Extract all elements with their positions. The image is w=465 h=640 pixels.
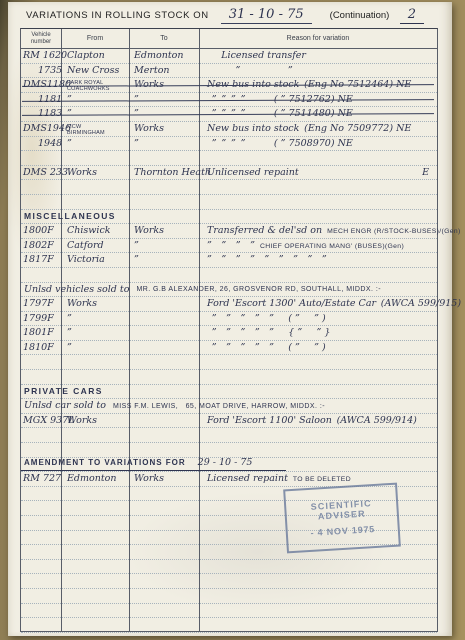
vehicle-number: 1735 — [23, 65, 62, 78]
vehicle-number-cell: 1800F — [21, 225, 61, 238]
note-lead: Unlsd vehicles sold to — [24, 284, 129, 297]
vehicle-number-cell: 1801F — [21, 327, 61, 340]
table-row: Unlsd vehicles sold toMR. G.B ALEXANDER,… — [21, 283, 437, 298]
table-row: 1802FCatford”” ” ” ”CHIEF OPERATING MANG… — [21, 239, 437, 254]
note-caps: MISS F.M. LEWIS, 65, MOAT DRIVE, HARROW,… — [113, 401, 325, 413]
ruled-line — [21, 560, 437, 575]
table-row: 1735New CrossMerton ” ” — [21, 64, 437, 79]
reason-text: Licensed repaint — [207, 473, 288, 486]
to-text: Merton — [134, 65, 170, 78]
reason-text: Unlicensed repaint — [207, 167, 299, 180]
to-text: Works — [134, 123, 164, 136]
table-row: AMENDMENT TO VARIATIONS FOR29 - 10 - 75 — [21, 458, 437, 473]
from-cell: Works — [61, 415, 129, 428]
reason-cell: ” ” ” ”CHIEF OPERATING MANG' (BUSES)(Gen… — [199, 240, 437, 253]
table-row: Unlsd car sold toMISS F.M. LEWIS, 65, MO… — [21, 399, 437, 414]
from-cell: Works — [61, 298, 129, 311]
to-text: ” — [134, 108, 139, 121]
ruled-line — [21, 370, 437, 385]
from-cell: ” — [61, 313, 129, 326]
to-cell: Works — [129, 225, 199, 238]
table-row: RM 1620ClaptonEdmonton Licensed transfer — [21, 49, 437, 64]
vehicle-number: 1183 — [23, 108, 62, 121]
from-cell: Victoria — [61, 254, 129, 267]
table-row: 1810F” ” ” ” ” ” ( ” ” ) — [21, 341, 437, 356]
to-text: Works — [134, 225, 164, 238]
from-text: Works — [67, 167, 97, 180]
reason-text: ” ” ” ” — [207, 240, 255, 253]
to-text: ” — [134, 138, 139, 151]
reason-cell: ” ” ” ” ” ( ” ” ) — [199, 313, 437, 326]
table-row: DMS1946MCWBIRMINGHAMWorksNew bus into st… — [21, 122, 437, 137]
reason-caps-text: MECH ENGR (R/STOCK-BUSES)/(Gen) — [327, 226, 460, 238]
continuation-label: (Continuation) — [330, 10, 390, 21]
table-row: 1801F” ” ” ” ” ” { ” ” } — [21, 326, 437, 341]
from-cell: Works — [61, 167, 129, 180]
section-heading-row: MISCELLANEOUS — [21, 210, 437, 225]
reason-cell: ” ” ” ” ” ( ” ” ) — [199, 342, 437, 355]
vehicle-number: 1948 — [23, 138, 62, 151]
from-text: ” — [67, 108, 72, 121]
reason-text: ” ” — [207, 65, 293, 78]
ruled-line — [21, 195, 437, 210]
vehicle-number-cell: DMS 233 — [21, 167, 61, 180]
to-cell: ” — [129, 254, 199, 267]
from-text: COACHWORKS — [67, 86, 110, 92]
header-date: 31 - 10 - 75 — [221, 7, 312, 24]
ruled-line — [21, 268, 437, 283]
amendment-heading: AMENDMENT TO VARIATIONS FOR29 - 10 - 75 — [21, 457, 286, 472]
vehicle-number-cell: 1181 — [21, 94, 61, 107]
reason-cell: Unlicensed repaintE — [199, 167, 437, 180]
ruled-line — [21, 180, 437, 195]
from-cell: Chiswick — [61, 225, 129, 238]
from-cell: PARK ROYALCOACHWORKS — [61, 80, 129, 92]
vehicle-number-cell: 1797F — [21, 298, 61, 311]
vehicle-number: 1810F — [23, 342, 54, 355]
vehicle-number-cell: 1735 — [21, 65, 61, 78]
ruled-line — [21, 574, 437, 589]
note-caps: MR. G.B ALEXANDER, 26, GROSVENOR RD, SOU… — [136, 284, 381, 296]
vehicle-number: RM 727 — [23, 473, 61, 486]
reason-cell: ” ” ” ” ( ” 7512762) NE — [199, 94, 437, 107]
reason-cell: ” ” ” ” ( ” 7508970) NE — [199, 138, 437, 151]
vehicle-number-cell: 1810F — [21, 342, 61, 355]
from-header: From — [61, 29, 129, 48]
ruled-line — [21, 604, 437, 619]
reason-text: ” ” ” ” ” ( ” ” ) — [207, 342, 326, 355]
from-text: ” — [67, 94, 72, 107]
vehicle-number-cell: DMS1946 — [21, 123, 61, 136]
reason-text: ” ” ” ” ( ” 7508970) NE — [207, 138, 353, 151]
ruled-line — [21, 355, 437, 370]
reason-cell: New bus into stock (Eng No 7509772) NE — [199, 123, 437, 136]
reason-text: Ford 'Escort 1300' Auto/Estate Car (AWCA… — [207, 298, 461, 311]
vehicle-number-cell: MGX 937L — [21, 415, 61, 428]
to-cell: ” — [129, 240, 199, 253]
reason-text: Transferred & del'sd on — [207, 225, 322, 238]
section-heading: PRIVATE CARS — [21, 385, 103, 398]
to-cell: ” — [129, 138, 199, 151]
vehicle-number-cell: 1802F — [21, 240, 61, 253]
reason-cell: ” ” ” ” ” ” ” ” ” — [199, 254, 437, 267]
to-cell: Works — [129, 79, 199, 92]
from-text: PARK ROYAL — [67, 80, 110, 86]
reason-text: ” ” ” ” ” ” ” ” ” — [207, 254, 327, 267]
vehicle-number-cell: 1817F — [21, 254, 61, 267]
ruled-line — [21, 443, 437, 458]
table-row: 1817FVictoria”” ” ” ” ” ” ” ” ” — [21, 253, 437, 268]
table-row: 1183”” ” ” ” ” ( ” 7511480) NE — [21, 107, 437, 122]
reason-caps-text: TO BE DELETED — [293, 474, 351, 486]
from-text: Works — [67, 298, 97, 311]
amendment-caps: AMENDMENT TO VARIATIONS FOR — [24, 458, 186, 467]
reason-text: New bus into stock (Eng No 7512464) NE — [207, 79, 411, 92]
reason-text: Ford 'Escort 1100' Saloon (AWCA 599/914) — [207, 415, 417, 428]
reason-text: ” ” ” ” ” { ” ” } — [207, 327, 330, 340]
vehicle-number-cell: 1948 — [21, 138, 61, 151]
vehicle-number-cell: 1183 — [21, 108, 61, 121]
section-heading: MISCELLANEOUS — [21, 210, 116, 223]
page-number: 2 — [400, 7, 424, 24]
from-text: ” — [67, 138, 72, 151]
table-header-row: Vehicle number From To Reason for variat… — [21, 29, 437, 49]
note-lead: Unlsd car sold to — [24, 400, 106, 413]
vehicle-number: 1802F — [23, 240, 54, 253]
from-cell: ” — [61, 342, 129, 355]
from-text: BIRMINGHAM — [67, 130, 105, 136]
vehicle-number-cell: RM 1620 — [21, 50, 61, 63]
to-text: ” — [134, 254, 139, 267]
from-text: ” — [67, 313, 72, 326]
ruled-line — [21, 151, 437, 166]
vehicle-number-header: Vehicle number — [21, 29, 61, 48]
from-text: ” — [67, 342, 72, 355]
reason-cell: ” ” ” ” ” { ” ” } — [199, 327, 437, 340]
from-text: Chiswick — [67, 225, 111, 238]
reason-cell: Ford 'Escort 1300' Auto/Estate Car (AWCA… — [199, 298, 461, 311]
table-row: 1799F” ” ” ” ” ” ( ” ” ) — [21, 312, 437, 327]
ruled-line — [21, 618, 437, 633]
table-row: 1948”” ” ” ” ” ( ” 7508970) NE — [21, 137, 437, 152]
to-text: Works — [134, 79, 164, 92]
table-row: 1181”” ” ” ” ” ( ” 7512762) NE — [21, 93, 437, 108]
reason-cell: ” ” ” ” ( ” 7511480) NE — [199, 108, 437, 121]
ruled-line — [21, 428, 437, 443]
reason-note: E — [422, 167, 437, 180]
table-row: DMS 233WorksThornton HeathUnlicensed rep… — [21, 166, 437, 181]
reason-cell: New bus into stock (Eng No 7512464) NE — [199, 79, 437, 92]
from-cell: MCWBIRMINGHAM — [61, 124, 129, 136]
from-cell: New Cross — [61, 65, 129, 78]
reason-text: New bus into stock (Eng No 7509772) NE — [207, 123, 411, 136]
vehicle-number-cell: 1799F — [21, 313, 61, 326]
vehicle-number-cell: RM 727 — [21, 473, 61, 486]
from-cell: Clapton — [61, 50, 129, 63]
ledger-page: VARIATIONS IN ROLLING STOCK ON 31 - 10 -… — [8, 2, 452, 636]
reason-cell: ” ” — [199, 65, 437, 78]
table-row: 1800FChiswickWorksTransferred & del'sd o… — [21, 224, 437, 239]
reason-cell: Transferred & del'sd onMECH ENGR (R/STOC… — [199, 225, 461, 238]
vehicle-number: 1799F — [23, 313, 54, 326]
stamp-line: ADVISER — [318, 509, 366, 522]
stamp-date: - 4 NOV 1975 — [310, 524, 375, 538]
to-cell: Works — [129, 473, 199, 486]
to-cell: Thornton Heath — [129, 167, 199, 180]
section-heading-row: PRIVATE CARS — [21, 385, 437, 400]
approval-stamp: SCIENTIFIC ADVISER - 4 NOV 1975 — [283, 483, 401, 554]
reason-text: Licensed transfer — [207, 50, 306, 63]
from-text: ” — [67, 327, 72, 340]
reason-caps-text: CHIEF OPERATING MANG' (BUSES)(Gen) — [260, 241, 404, 253]
vehicle-number: 1801F — [23, 327, 54, 340]
from-cell: Edmonton — [61, 473, 129, 486]
to-cell: Edmonton — [129, 50, 199, 63]
reason-cell: Licensed repaintTO BE DELETED — [199, 473, 437, 486]
to-text: ” — [134, 240, 139, 253]
to-text: ” — [134, 94, 139, 107]
to-text: Works — [134, 473, 164, 486]
reason-cell: Licensed transfer — [199, 50, 437, 63]
to-cell: ” — [129, 94, 199, 107]
to-text: Edmonton — [134, 50, 184, 63]
page-header: VARIATIONS IN ROLLING STOCK ON 31 - 10 -… — [26, 7, 442, 28]
from-text: Edmonton — [67, 473, 117, 486]
reason-text: ” ” ” ” ( ” 7512762) NE — [207, 94, 353, 107]
ruled-line — [21, 589, 437, 604]
table-row: MGX 937LWorksFord 'Escort 1100' Saloon (… — [21, 414, 437, 429]
from-text: New Cross — [67, 65, 119, 78]
reason-text: ” ” ” ” ” ( ” ” ) — [207, 313, 326, 326]
to-cell: Works — [129, 123, 199, 136]
page-title: VARIATIONS IN ROLLING STOCK ON — [26, 10, 209, 21]
vehicle-number: 1800F — [23, 225, 54, 238]
amendment-date: 29 - 10 - 75 — [198, 457, 253, 470]
to-cell: Merton — [129, 65, 199, 78]
from-cell: ” — [61, 138, 129, 151]
from-cell: ” — [61, 108, 129, 121]
from-text: Catford — [67, 240, 104, 253]
table-row: 1797FWorksFord 'Escort 1300' Auto/Estate… — [21, 297, 437, 312]
vehicle-number: 1181 — [23, 94, 62, 107]
from-cell: ” — [61, 327, 129, 340]
to-header: To — [129, 29, 199, 48]
from-text: Clapton — [67, 50, 105, 63]
reason-header: Reason for variation — [199, 29, 437, 48]
from-cell: Catford — [61, 240, 129, 253]
table-row: DMS1180PARK ROYALCOACHWORKSWorksNew bus … — [21, 78, 437, 93]
reason-text: ” ” ” ” ( ” 7511480) NE — [207, 108, 353, 121]
from-text: Works — [67, 415, 97, 428]
to-cell: ” — [129, 108, 199, 121]
from-cell: ” — [61, 94, 129, 107]
vehicle-number-cell: DMS1180 — [21, 79, 61, 92]
vehicle-number: 1817F — [23, 254, 54, 267]
vehicle-number: 1797F — [23, 298, 54, 311]
reason-cell: Ford 'Escort 1100' Saloon (AWCA 599/914) — [199, 415, 437, 428]
from-text: Victoria — [67, 254, 105, 267]
